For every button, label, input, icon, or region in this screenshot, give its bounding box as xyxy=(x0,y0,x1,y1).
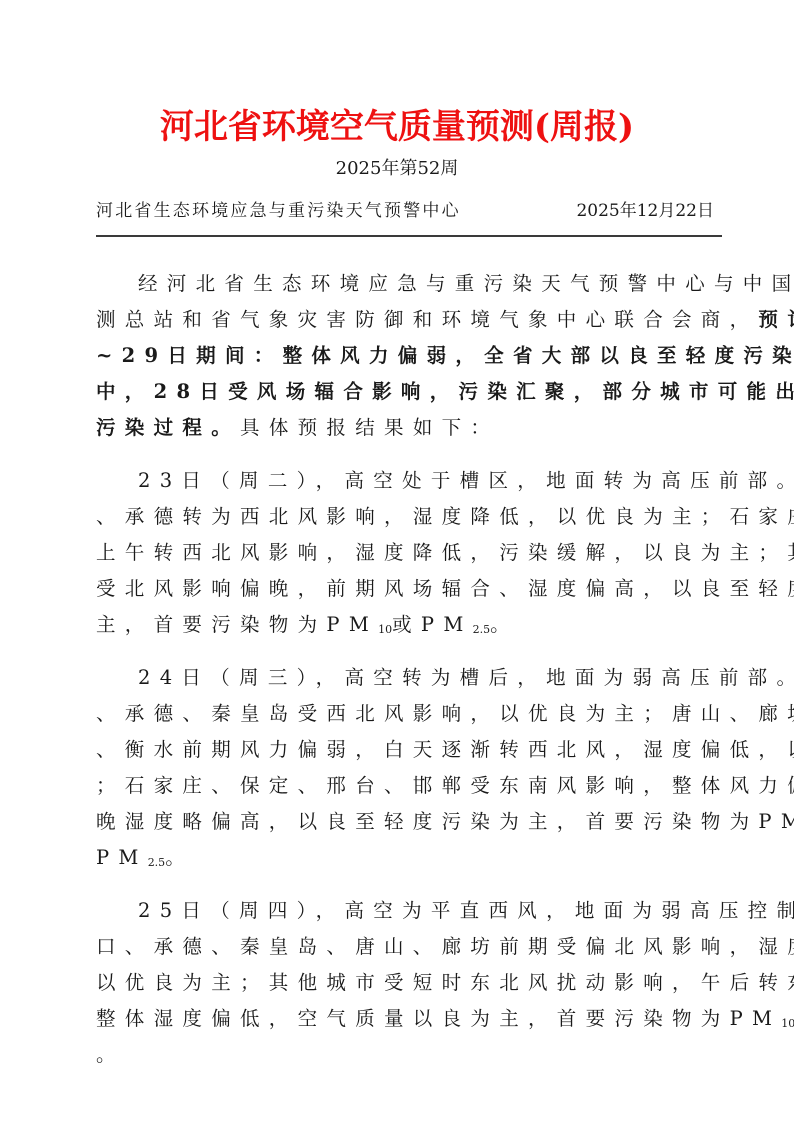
document-page: 河北省环境空气质量预测(周报) 2025年第52周 河北省生态环境应急与重污染天… xyxy=(0,0,794,1123)
issuing-organization: 河北省生态环境应急与重污染天气预警中心 xyxy=(96,198,461,224)
document-body: 经河北省生态环境应急与重污染天气预警中心与中国环境监测总站和省气象灾害防御和环境… xyxy=(96,266,696,1090)
subscript: 10 xyxy=(378,623,392,636)
text-run: 测总站和省气象灾害防御和环境气象中心联合会商， xyxy=(96,308,758,331)
header-divider xyxy=(96,235,722,237)
text-run: ；石家庄、保定、邢台、邯郸受东南风影响，整体风力偏弱，早 xyxy=(96,774,794,797)
bold-text: 污染过程。 xyxy=(96,416,240,439)
text-run: PM xyxy=(96,846,148,869)
paragraph-day-23: 23日（周二），高空处于槽区，地面转为高压前部。张家口、承德转为西北风影响，湿度… xyxy=(96,463,696,643)
text-line: 晚湿度略偏高，以良至轻度污染为主，首要污染物为PM10或 xyxy=(96,804,696,840)
text-run: 主，首要污染物为PM xyxy=(96,613,378,636)
paragraph-summary: 经河北省生态环境应急与重污染天气预警中心与中国环境监测总站和省气象灾害防御和环境… xyxy=(96,266,696,446)
text-run: 整体湿度偏低，空气质量以良为主，首要污染物为PM xyxy=(96,1007,781,1030)
text-line: 24日（周三），高空转为槽后，地面为弱高压前部。张家口 xyxy=(96,660,696,696)
bold-text: 中，28日受风场辐合影响，污染汇聚，部分城市可能出现中度 xyxy=(96,380,794,403)
text-run: 、承德、秦皇岛受西北风影响，以优良为主；唐山、廊坊、沧州 xyxy=(96,702,794,725)
text-run: 口、承德、秦皇岛、唐山、廊坊前期受偏北风影响，湿度较低， xyxy=(96,935,794,958)
text-run: 具体预报结果如下： xyxy=(240,416,499,439)
text-line: 。 xyxy=(96,1037,696,1073)
document-title: 河北省环境空气质量预测(周报) xyxy=(0,105,794,149)
text-run: 晚湿度略偏高，以良至轻度污染为主，首要污染物为PM xyxy=(96,810,794,833)
text-line: 、衡水前期风力偏弱，白天逐渐转西北风，湿度偏低，以良为主 xyxy=(96,732,696,768)
issue-number: 2025年第52周 xyxy=(0,157,794,181)
text-run: 或PM xyxy=(392,613,473,636)
text-line: 测总站和省气象灾害防御和环境气象中心联合会商，预计12月23日 xyxy=(96,302,696,338)
text-run: 经河北省生态环境应急与重污染天气预警中心与中国环境监 xyxy=(138,272,794,295)
bold-text: 预计12月23日 xyxy=(758,308,794,331)
text-line: 中，28日受风场辐合影响，污染汇聚，部分城市可能出现中度 xyxy=(96,374,696,410)
text-line: 主，首要污染物为PM10或PM2.5。 xyxy=(96,607,696,643)
text-run: 。 xyxy=(490,613,519,636)
text-run: 。 xyxy=(96,1043,125,1066)
text-line: 以优良为主；其他城市受短时东北风扰动影响，午后转东南风， xyxy=(96,965,696,1001)
issue-date: 2025年12月22日 xyxy=(576,198,714,224)
text-line: 25日（周四），高空为平直西风，地面为弱高压控制。张家 xyxy=(96,893,696,929)
text-run: 、衡水前期风力偏弱，白天逐渐转西北风，湿度偏低，以良为主 xyxy=(96,738,794,761)
paragraph-day-25: 25日（周四），高空为平直西风，地面为弱高压控制。张家口、承德、秦皇岛、唐山、廊… xyxy=(96,893,696,1073)
text-line: 经河北省生态环境应急与重污染天气预警中心与中国环境监 xyxy=(96,266,696,302)
text-run: 以优良为主；其他城市受短时东北风扰动影响，午后转东南风， xyxy=(96,971,794,994)
text-run: 受北风影响偏晚，前期风场辐合、湿度偏高，以良至轻度污染为 xyxy=(96,577,794,600)
text-line: ~29日期间：整体风力偏弱，全省大部以良至轻度污染为主。其 xyxy=(96,338,696,374)
subscript: 10 xyxy=(781,1017,794,1030)
text-run: 、承德转为西北风影响，湿度降低，以优良为主；石家庄、廊坊 xyxy=(96,505,794,528)
subscript: 2.5 xyxy=(148,856,166,869)
text-line: 23日（周二），高空处于槽区，地面转为高压前部。张家口 xyxy=(96,463,696,499)
subscript: 2.5 xyxy=(473,623,491,636)
text-line: PM2.5。 xyxy=(96,840,696,876)
text-run: 23日（周二），高空处于槽区，地面转为高压前部。张家口 xyxy=(138,469,794,492)
text-run: 。 xyxy=(165,846,194,869)
bold-text: ~29日期间：整体风力偏弱，全省大部以良至轻度污染为主。其 xyxy=(96,344,794,367)
text-line: ；石家庄、保定、邢台、邯郸受东南风影响，整体风力偏弱，早 xyxy=(96,768,696,804)
issuer-row: 河北省生态环境应急与重污染天气预警中心 2025年12月22日 xyxy=(96,198,722,224)
text-line: 口、承德、秦皇岛、唐山、廊坊前期受偏北风影响，湿度较低， xyxy=(96,929,696,965)
text-run: 上午转西北风影响，湿度降低，污染缓解，以良为主；其他城市 xyxy=(96,541,794,564)
paragraph-day-24: 24日（周三），高空转为槽后，地面为弱高压前部。张家口、承德、秦皇岛受西北风影响… xyxy=(96,660,696,876)
text-line: 受北风影响偏晚，前期风场辐合、湿度偏高，以良至轻度污染为 xyxy=(96,571,696,607)
text-line: 上午转西北风影响，湿度降低，污染缓解，以良为主；其他城市 xyxy=(96,535,696,571)
text-run: 24日（周三），高空转为槽后，地面为弱高压前部。张家口 xyxy=(138,666,794,689)
text-line: 整体湿度偏低，空气质量以良为主，首要污染物为PM10或PM2.5 xyxy=(96,1001,696,1037)
text-line: 污染过程。具体预报结果如下： xyxy=(96,410,696,446)
text-run: 25日（周四），高空为平直西风，地面为弱高压控制。张家 xyxy=(138,899,794,922)
text-line: 、承德转为西北风影响，湿度降低，以优良为主；石家庄、廊坊 xyxy=(96,499,696,535)
text-line: 、承德、秦皇岛受西北风影响，以优良为主；唐山、廊坊、沧州 xyxy=(96,696,696,732)
